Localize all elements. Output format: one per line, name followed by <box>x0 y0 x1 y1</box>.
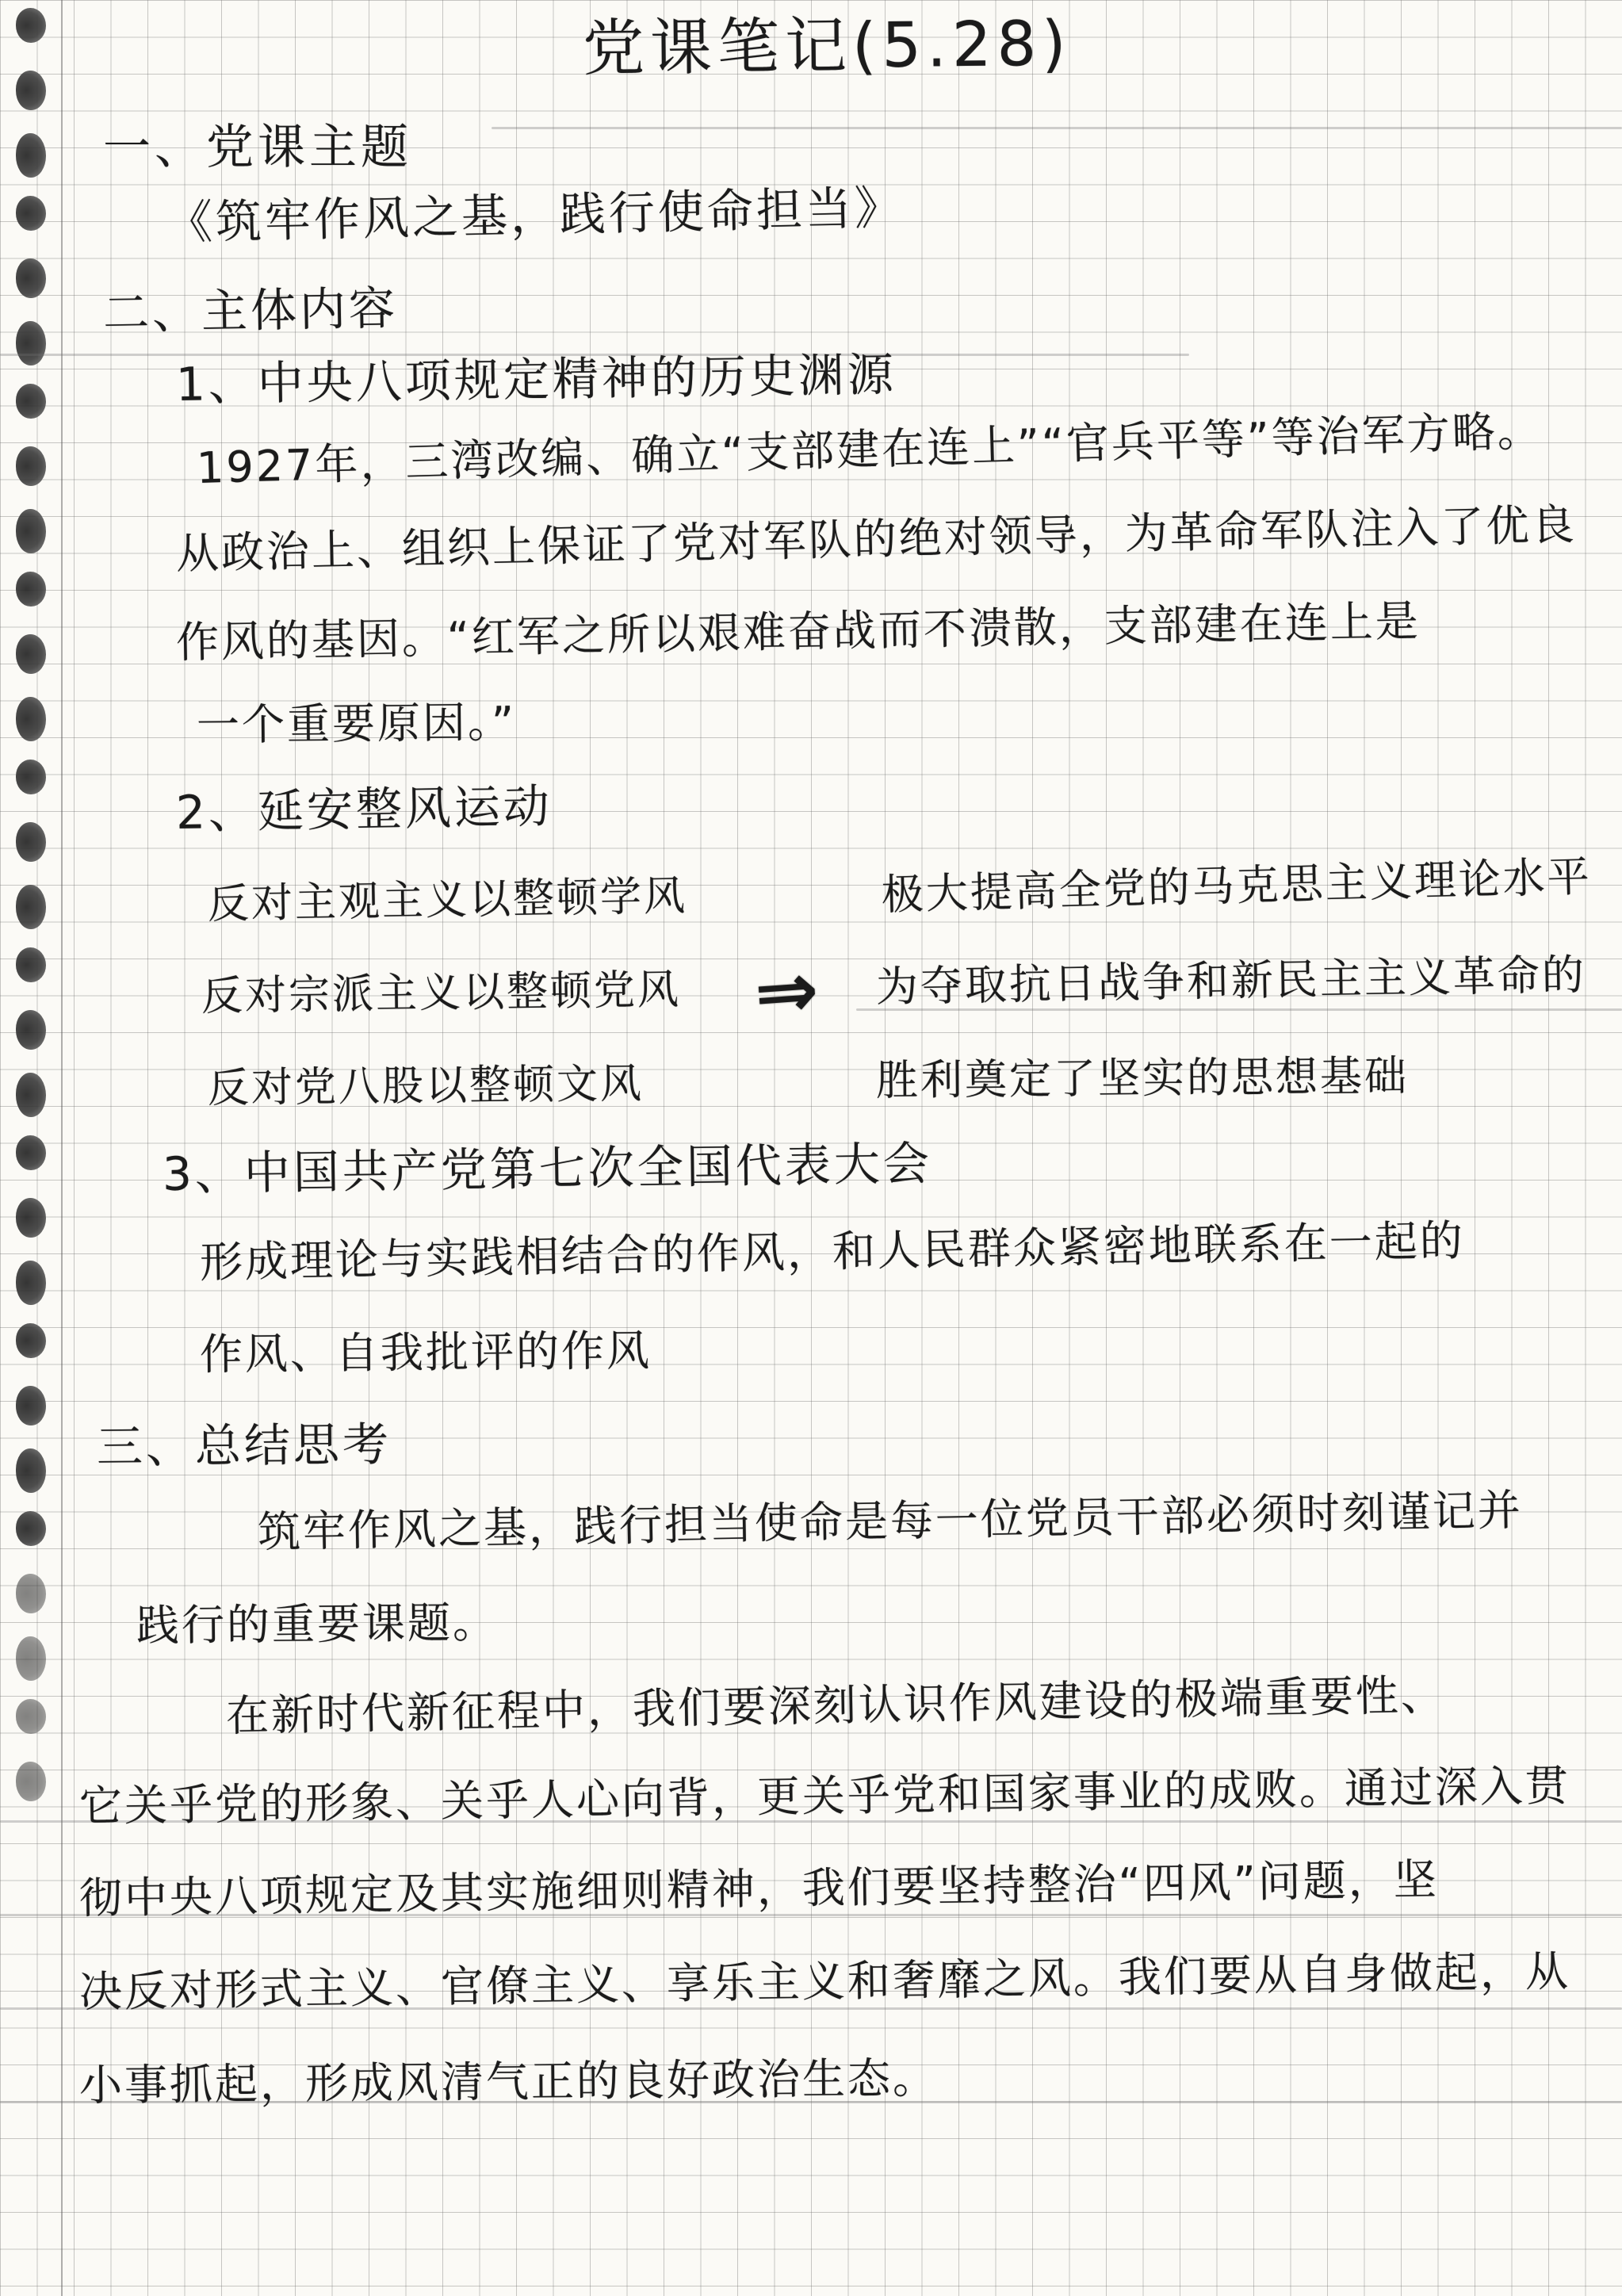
binding-hole <box>16 1386 46 1425</box>
binding-hole <box>16 509 46 553</box>
item1-line: 1927年，三湾改编、确立“支部建在连上”“官兵平等”等治军方略。 <box>196 407 1543 493</box>
binding-hole <box>16 697 46 741</box>
binding-hole <box>16 1073 46 1117</box>
binding-hole <box>16 1135 46 1170</box>
item1-line: 一个重要原因。” <box>197 698 517 750</box>
item2-left-line: 反对党八股以整顿文风 <box>208 1061 645 1113</box>
binding-hole <box>16 71 46 110</box>
item2-right-line: 胜利奠定了坚实的思想基础 <box>876 1053 1410 1106</box>
section3-heading: 三、总结思考 <box>97 1418 392 1474</box>
section2-heading: 二、主体内容 <box>102 282 398 340</box>
item2-title: 2、延安整风运动 <box>175 780 553 840</box>
notebook-page: 党课笔记(5.28) 一、党课主题 《筑牢作风之基，践行使命担当》 二、主体内容… <box>0 0 1622 2296</box>
summary-line: 决反对形式主义、官僚主义、享乐主义和奢靡之风。我们要从自身做起，从 <box>79 1947 1571 2017</box>
binding-hole <box>16 1323 46 1358</box>
binding-hole <box>16 8 46 43</box>
binding-hole <box>16 1574 46 1613</box>
summary-line: 小事抓起，形成风清气正的良好政治生态。 <box>79 2054 939 2111</box>
item2-left-line: 反对宗派主义以整顿党风 <box>201 967 682 1021</box>
item2-right-line: 极大提高全党的马克思主义理论水平 <box>881 854 1592 920</box>
item3-line: 作风、自我批评的作风 <box>200 1326 652 1380</box>
binding-hole <box>16 446 46 486</box>
binding-hole <box>16 196 46 231</box>
section1-heading: 一、党课主题 <box>103 121 412 175</box>
item3-title: 3、中国共产党第七次全国代表大会 <box>163 1137 933 1200</box>
page-edge-line <box>61 0 63 2296</box>
binding-hole <box>16 1010 46 1050</box>
summary-line: 在新时代新征程中，我们要深刻认识作风建设的极端重要性、 <box>225 1670 1446 1741</box>
item2-right-line: 为夺取抗日战争和新民主主义革命的 <box>875 951 1586 1012</box>
binding-hole <box>16 1198 46 1238</box>
section1-theme: 《筑牢作风之基，践行使命担当》 <box>166 182 904 250</box>
binding-hole <box>16 572 46 607</box>
binding-hole <box>16 1448 46 1493</box>
binding-hole <box>16 634 46 674</box>
item2-left-line: 反对主观主义以整顿学风 <box>207 873 687 928</box>
item3-line: 形成理论与实践相结合的作风，和人民群众紧密地联系在一起的 <box>199 1216 1465 1288</box>
binding-hole <box>16 1699 46 1734</box>
note-title: 党课笔记(5.28) <box>583 10 1072 86</box>
binding-hole <box>16 384 46 419</box>
binding-hole <box>16 1636 46 1681</box>
binding-hole <box>16 133 46 178</box>
item1-line: 从政治上、组织上保证了党对军队的绝对领导，为革命军队注入了优良 <box>175 500 1577 579</box>
binding-hole <box>16 760 46 794</box>
summary-line: 践行的重要课题。 <box>136 1598 499 1651</box>
binding-hole <box>16 1762 46 1801</box>
binding-hole <box>16 1511 46 1546</box>
item1-line: 作风的基因。“红军之所以艰难奋战而不溃散，支部建在连上是 <box>175 597 1421 668</box>
ruled-line <box>492 127 1622 129</box>
binding-hole <box>16 1261 46 1305</box>
binding-hole <box>16 947 46 982</box>
binding-hole <box>16 258 46 298</box>
summary-line: 筑牢作风之基，践行担当使命是每一位党员干部必须时刻谨记并 <box>257 1486 1523 1557</box>
implies-arrow-icon: ⇒ <box>752 945 824 1037</box>
binding-hole <box>16 822 46 862</box>
binding-hole <box>16 885 46 929</box>
item1-title: 1、中央八项规定精神的历史渊源 <box>176 348 897 411</box>
binding-hole <box>16 321 46 365</box>
